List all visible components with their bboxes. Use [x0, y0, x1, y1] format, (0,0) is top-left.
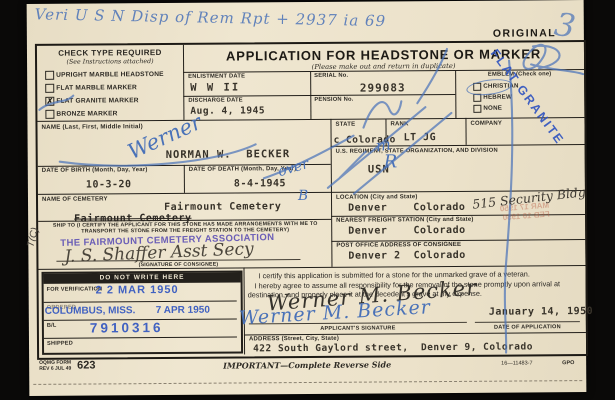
gpo-label: GPO	[562, 360, 574, 366]
checkbox-upright-marble	[45, 71, 54, 80]
discharge-date-value: Aug. 4, 1945	[190, 105, 265, 117]
freight-station-label: NEAREST FREIGHT STATION (City and State)	[336, 217, 473, 224]
for-verification-label: FOR VERIFICATION	[47, 286, 103, 292]
post-office-value: Denver 2 Colorado	[348, 250, 465, 262]
verification-date-stamp: 2 2 MAR 1950	[96, 284, 179, 297]
form-paper: Veri U S N Disp of Rem Rpt + 2937 ia 69 …	[27, 0, 587, 396]
checkbox-bronze	[45, 110, 54, 119]
state-label: STATE	[335, 122, 355, 128]
emblem-option-label: NONE	[483, 105, 502, 112]
location-label: LOCATION (City and State)	[336, 194, 418, 201]
serial-number-label: SERIAL No.	[314, 73, 348, 79]
post-office-label: POST OFFICE ADDRESS OF CONSIGNEE	[336, 242, 461, 249]
divider	[465, 118, 467, 145]
handwritten-usn-suffix: R	[384, 151, 398, 172]
address-label: ADDRESS (Street, City, State)	[249, 336, 339, 343]
check-type-subtitle: (See Instructions attached)	[37, 58, 183, 66]
regiment-label: U.S. REGIMENT, STATE ORGANIZATION, AND D…	[336, 148, 498, 155]
check-type-title: CHECK TYPE REQUIRED	[37, 48, 183, 58]
checkbox-flat-granite: ✗	[45, 97, 54, 106]
name-value: NORMAN W. BECKER	[166, 148, 291, 161]
name-label: NAME (Last, First, Middle Initial)	[41, 123, 142, 131]
freight-station-value: Denver Colorado	[348, 225, 465, 237]
checkbox-none	[473, 105, 481, 113]
handwritten-top-note: Veri U S N Disp of Rem Rpt + 2937 ia 69	[35, 5, 387, 30]
company-label: COMPANY	[470, 121, 502, 127]
original-label: ORIGINAL	[493, 27, 556, 39]
checkbox-flat-marble	[45, 84, 54, 93]
location-value: Denver Colorado	[348, 202, 465, 214]
pension-number-label: PENSION No.	[314, 97, 353, 103]
bl-label: B/L	[47, 323, 57, 329]
serial-number-value: 299083	[310, 81, 455, 95]
bl-number-stamp: 7910316	[90, 320, 164, 336]
ship-to-label: SHIP TO (I CERTIFY THE APPLICANT FOR THI…	[42, 221, 328, 235]
rank-value: LT JG	[404, 132, 437, 143]
handwritten-cemetery-note: B	[298, 188, 308, 204]
do-not-write-header: DO NOT WRITE HERE	[44, 272, 241, 283]
scanned-form-page: { "page": { "top_note": "Veri U S N Disp…	[0, 0, 615, 400]
checkbox-label: UPRIGHT MARBLE HEADSTONE	[56, 70, 164, 78]
shipped-label: SHIPPED	[47, 341, 73, 347]
discharge-date-label: DISCHARGE DATE	[188, 97, 243, 103]
form-number: 623	[77, 359, 95, 371]
date-line	[475, 321, 580, 323]
print-code: 16—11483-7	[501, 360, 532, 366]
application-date-label: DATE OF APPLICATION	[475, 324, 580, 331]
date-of-birth-label: DATE OF BIRTH (Month, Day, Year)	[42, 167, 148, 174]
divider	[184, 165, 186, 193]
date-of-death-value: 8-4-1945	[234, 178, 286, 189]
form-id-line2: REV 6 JUL 49	[39, 366, 71, 372]
cemetery-name-value: Fairmount Cemetery	[164, 201, 281, 213]
form-id: OQMG FORM REV 6 JUL 49	[39, 361, 71, 372]
application-date-value: January 14, 1950	[489, 306, 593, 318]
do-not-write-box: DO NOT WRITE HERE FOR VERIFICATION 2 2 M…	[42, 270, 244, 354]
divider	[44, 300, 237, 302]
divider	[44, 336, 237, 338]
important-note: IMPORTANT—Complete Reverse Side	[197, 359, 417, 371]
enlistment-date-label: ENLISTMENT DATE	[188, 73, 245, 79]
perforation-line	[33, 380, 582, 385]
checkbox-label: FLAT GRANITE MARKER	[56, 97, 138, 105]
enlistment-date-value: W W II	[190, 81, 240, 93]
ordered-city-stamp: COLUMBUS, MISS.	[45, 305, 136, 317]
checkbox-label: BRONZE MARKER	[56, 110, 117, 117]
date-of-birth-value: 10-3-20	[86, 179, 132, 190]
address-value: 422 South Gaylord street, Denver 9, Colo…	[253, 341, 533, 354]
cemetery-name-label: NAME OF CEMETERY	[42, 196, 108, 202]
checkbox-label: FLAT MARBLE MARKER	[56, 84, 137, 92]
rank-label: RANK	[390, 121, 408, 127]
ordered-date-stamp: 7 APR 1950	[156, 305, 210, 316]
